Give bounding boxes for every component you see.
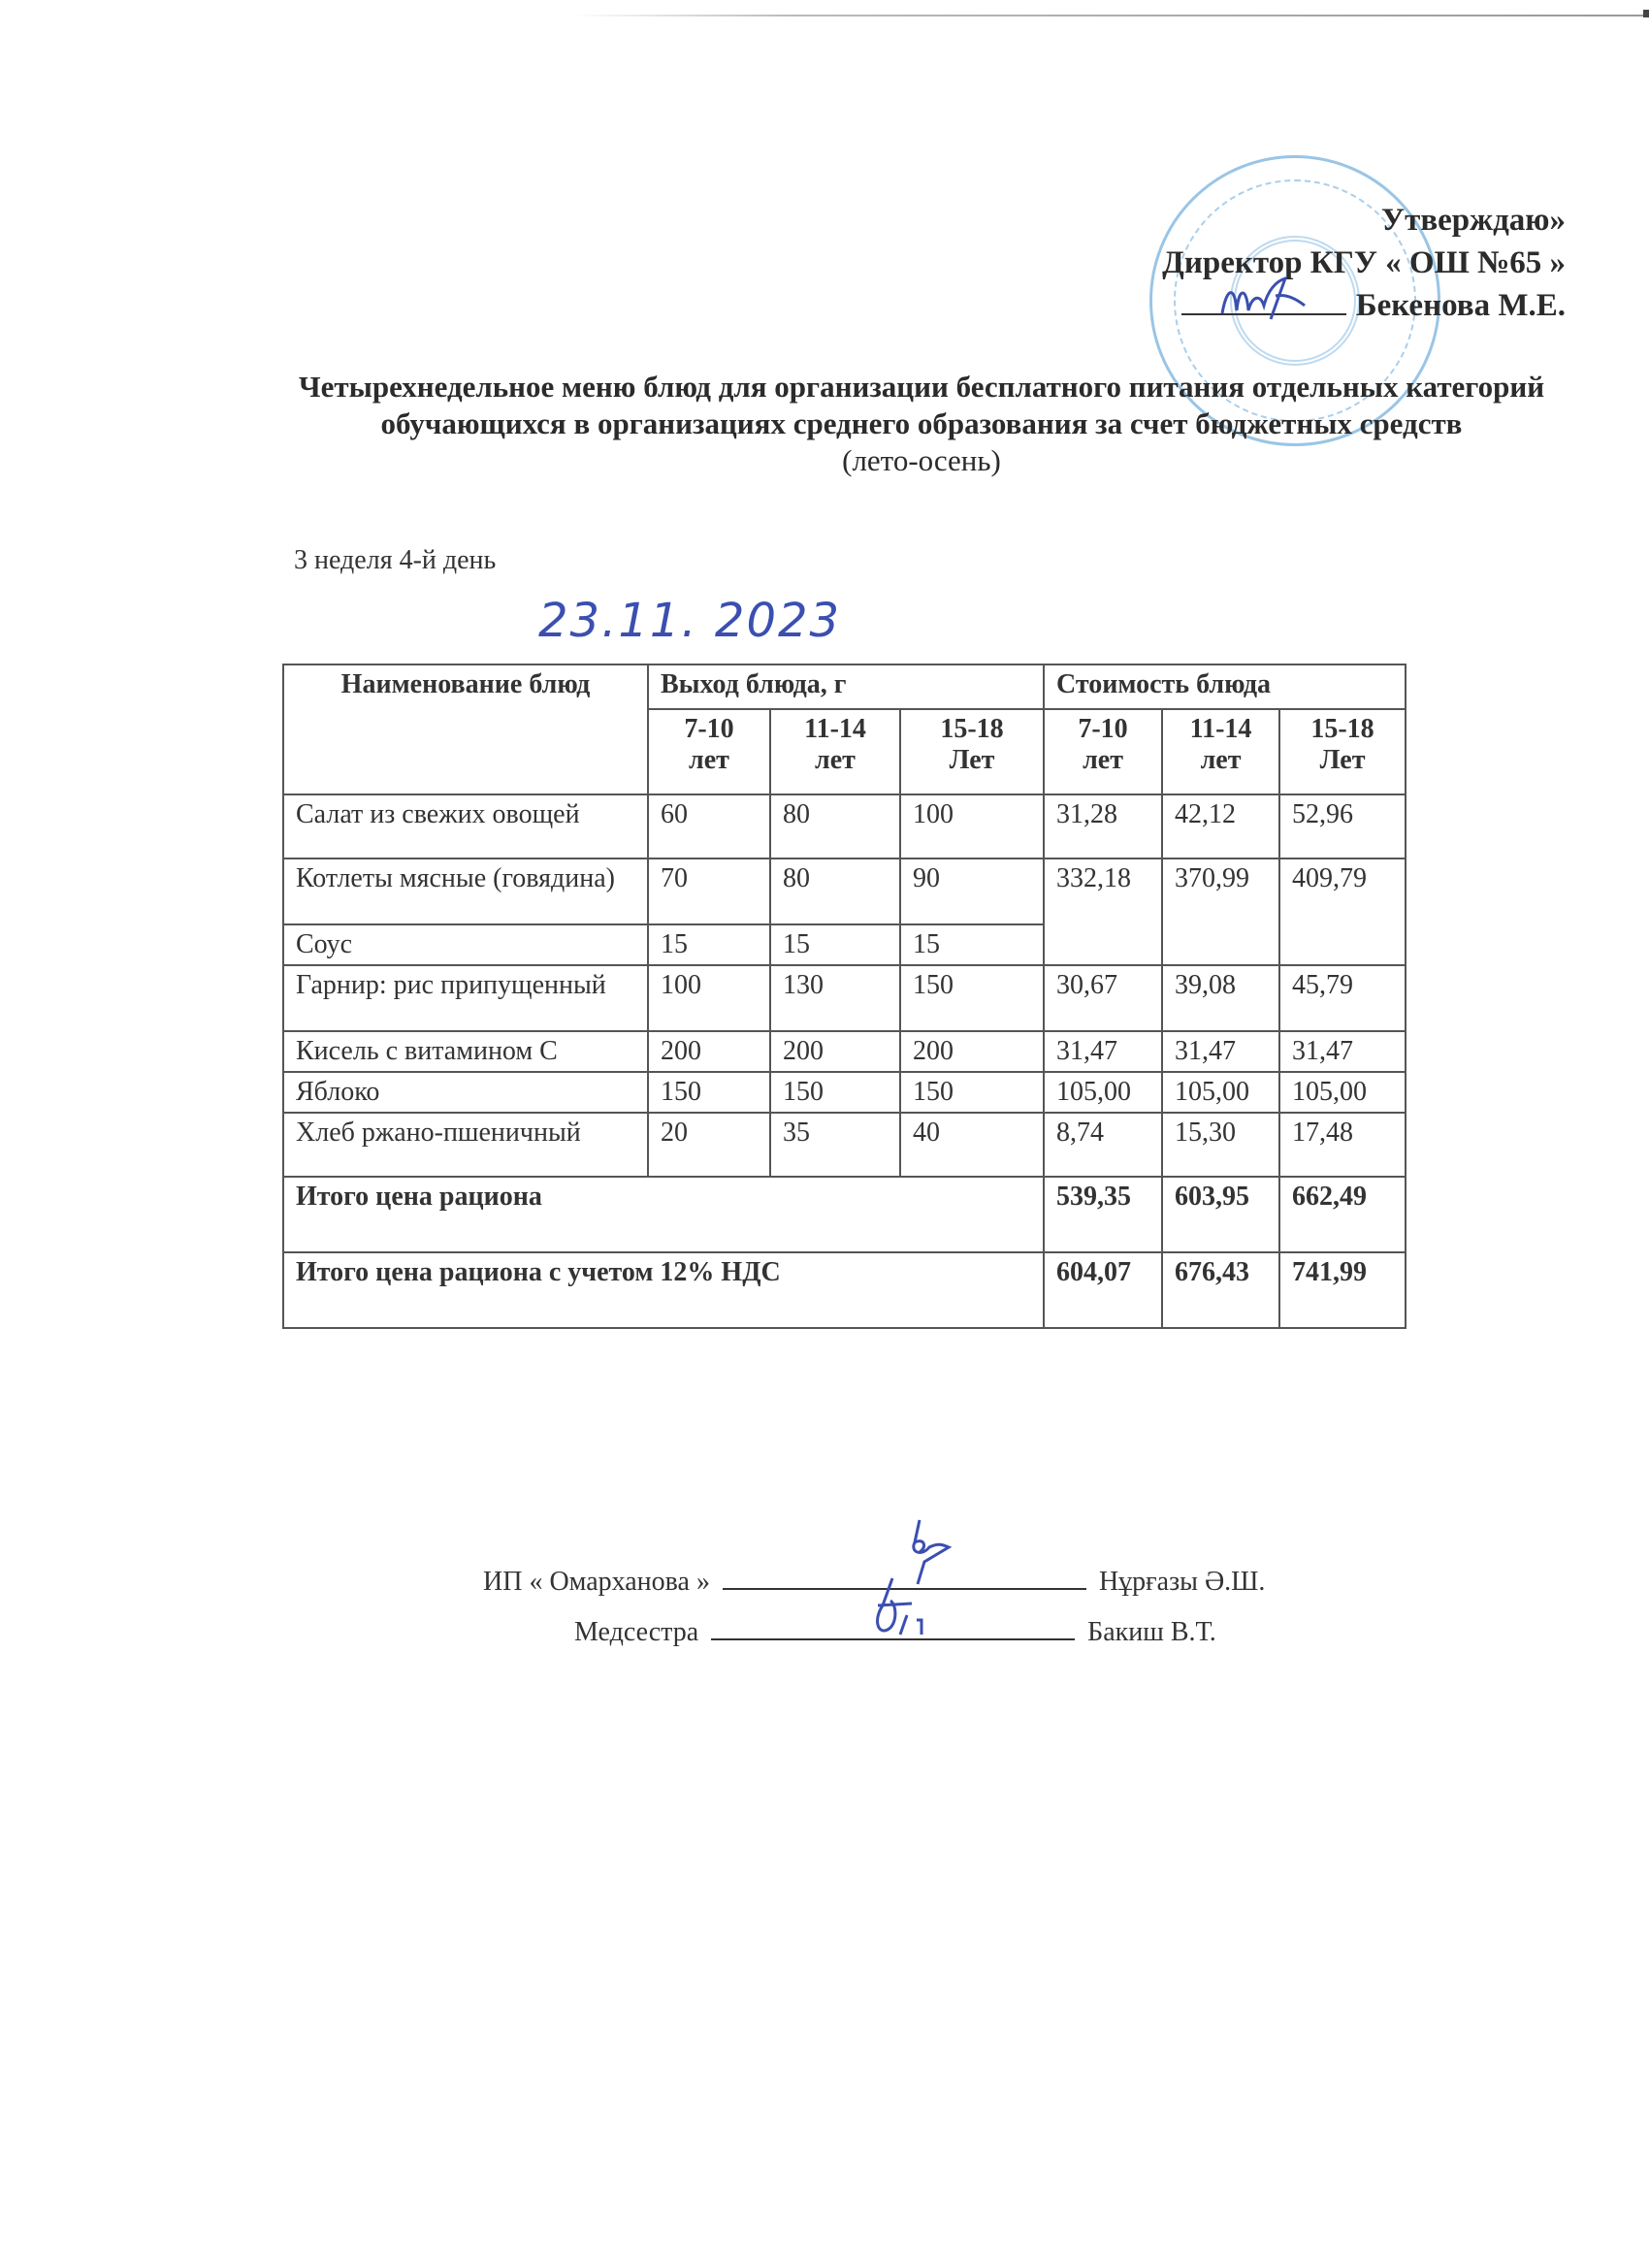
yield-value: 150 xyxy=(648,1072,770,1113)
cost-value: 15,30 xyxy=(1162,1113,1279,1177)
cost-value: 105,00 xyxy=(1279,1072,1406,1113)
cost-value: 370,99 xyxy=(1162,859,1279,965)
dish-name: Хлеб ржано-пшеничный xyxy=(283,1113,648,1177)
total-row-value: 603,95 xyxy=(1162,1177,1279,1252)
yield-value: 200 xyxy=(648,1031,770,1072)
supplier-label: ИП « Омарханова » xyxy=(483,1567,710,1597)
yield-value: 100 xyxy=(648,965,770,1031)
yield-value: 15 xyxy=(900,924,1044,965)
dish-name: Соус xyxy=(283,924,648,965)
header-yield-age: 15-18Лет xyxy=(900,709,1044,794)
approval-title: Утверждаю» xyxy=(1162,199,1566,242)
total-vat-row: Итого цена рациона с учетом 12% НДС604,0… xyxy=(283,1252,1406,1328)
title-main: Четырехнедельное меню блюд для организац… xyxy=(291,369,1552,442)
yield-value: 80 xyxy=(770,859,900,924)
dish-name: Салат из свежих овощей xyxy=(283,794,648,859)
cost-value: 31,47 xyxy=(1044,1031,1162,1072)
dish-name: Яблоко xyxy=(283,1072,648,1113)
table-row: Котлеты мясные (говядина)708090332,18370… xyxy=(283,859,1406,924)
handwritten-date: 23.11. 2023 xyxy=(538,594,841,648)
cost-value: 105,00 xyxy=(1162,1072,1279,1113)
header-cost-age: 15-18Лет xyxy=(1279,709,1406,794)
yield-value: 130 xyxy=(770,965,900,1031)
supplier-name: Нұрғазы Ә.Ш. xyxy=(1099,1567,1265,1597)
cost-value: 332,18 xyxy=(1044,859,1162,965)
header-cost-age: 11-14лет xyxy=(1162,709,1279,794)
yield-value: 150 xyxy=(900,965,1044,1031)
total-row-value: 539,35 xyxy=(1044,1177,1162,1252)
cost-value: 409,79 xyxy=(1279,859,1406,965)
cost-value: 31,28 xyxy=(1044,794,1162,859)
header-yield-age: 11-14лет xyxy=(770,709,900,794)
table-row: Хлеб ржано-пшеничный2035408,7415,3017,48 xyxy=(283,1113,1406,1177)
yield-value: 70 xyxy=(648,859,770,924)
table-row: Кисель с витамином С20020020031,4731,473… xyxy=(283,1031,1406,1072)
yield-value: 90 xyxy=(900,859,1044,924)
yield-value: 200 xyxy=(770,1031,900,1072)
cost-value: 30,67 xyxy=(1044,965,1162,1031)
yield-value: 150 xyxy=(900,1072,1044,1113)
cost-value: 45,79 xyxy=(1279,965,1406,1031)
yield-value: 15 xyxy=(648,924,770,965)
yield-value: 20 xyxy=(648,1113,770,1177)
total-vat-row-value: 741,99 xyxy=(1279,1252,1406,1328)
total-vat-row-value: 604,07 xyxy=(1044,1252,1162,1328)
yield-value: 150 xyxy=(770,1072,900,1113)
header-row: Наименование блюдВыход блюда, гСтоимость… xyxy=(283,664,1406,709)
header-dish-name: Наименование блюд xyxy=(283,664,648,794)
cost-value: 39,08 xyxy=(1162,965,1279,1031)
yield-value: 60 xyxy=(648,794,770,859)
table-row: Гарнир: рис припущенный10013015030,6739,… xyxy=(283,965,1406,1031)
total-row-value: 662,49 xyxy=(1279,1177,1406,1252)
table-row: Яблоко150150150105,00105,00105,00 xyxy=(283,1072,1406,1113)
cost-value: 105,00 xyxy=(1044,1072,1162,1113)
dish-name: Кисель с витамином С xyxy=(283,1031,648,1072)
menu-table: Наименование блюдВыход блюда, гСтоимость… xyxy=(282,664,1406,1329)
total-vat-row-label: Итого цена рациона с учетом 12% НДС xyxy=(283,1252,1044,1328)
yield-value: 15 xyxy=(770,924,900,965)
cost-value: 8,74 xyxy=(1044,1113,1162,1177)
yield-value: 100 xyxy=(900,794,1044,859)
cost-value: 17,48 xyxy=(1279,1113,1406,1177)
cost-value: 31,47 xyxy=(1162,1031,1279,1072)
director-name: Бекенова М.Е. xyxy=(1356,288,1566,323)
yield-value: 200 xyxy=(900,1031,1044,1072)
header-cost-age: 7-10лет xyxy=(1044,709,1162,794)
header-yield: Выход блюда, г xyxy=(648,664,1044,709)
cost-value: 42,12 xyxy=(1162,794,1279,859)
total-row: Итого цена рациона539,35603,95662,49 xyxy=(283,1177,1406,1252)
scan-edge-line xyxy=(572,15,1644,16)
yield-value: 35 xyxy=(770,1113,900,1177)
table-row: Салат из свежих овощей608010031,2842,125… xyxy=(283,794,1406,859)
yield-value: 40 xyxy=(900,1113,1044,1177)
nurse-signature-icon xyxy=(863,1576,951,1644)
document-title: Четырехнедельное меню блюд для организац… xyxy=(291,369,1552,479)
dish-name: Гарнир: рис припущенный xyxy=(283,965,648,1031)
title-season: (лето-осень) xyxy=(291,442,1552,479)
director-signature-icon xyxy=(1217,276,1314,320)
dish-name: Котлеты мясные (говядина) xyxy=(283,859,648,924)
cost-value: 52,96 xyxy=(1279,794,1406,859)
nurse-label: Медсестра xyxy=(574,1617,698,1647)
header-yield-age: 7-10лет xyxy=(648,709,770,794)
cost-value: 31,47 xyxy=(1279,1031,1406,1072)
nurse-name: Бакиш В.Т. xyxy=(1087,1617,1216,1647)
total-row-label: Итого цена рациона xyxy=(283,1177,1044,1252)
scan-mark xyxy=(1643,10,1649,17)
total-vat-row-value: 676,43 xyxy=(1162,1252,1279,1328)
header-cost: Стоимость блюда xyxy=(1044,664,1406,709)
week-day-label: 3 неделя 4-й день xyxy=(294,545,496,576)
yield-value: 80 xyxy=(770,794,900,859)
